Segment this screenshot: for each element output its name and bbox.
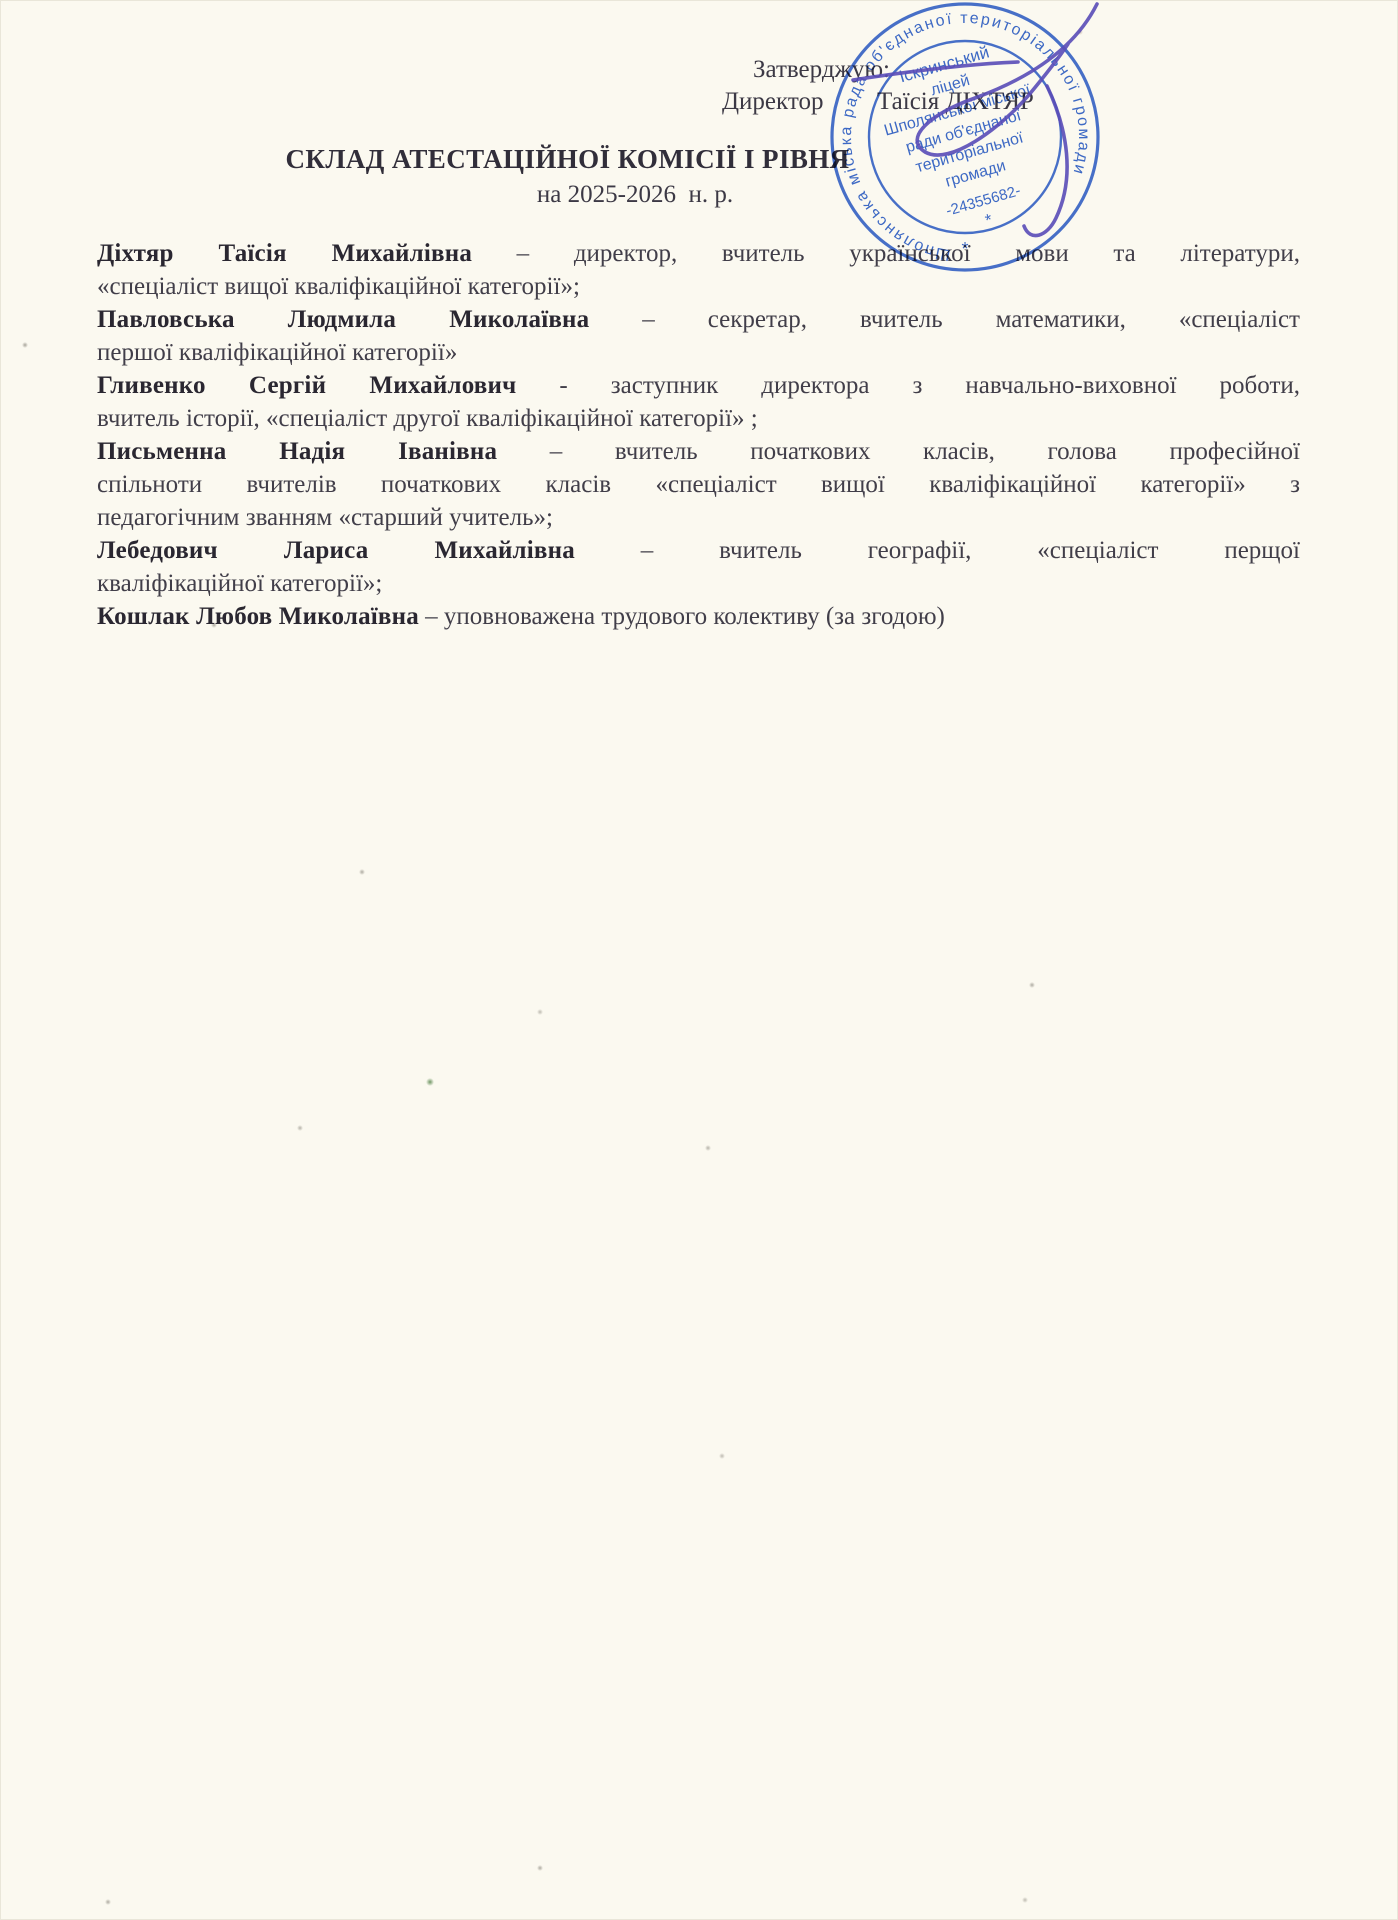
scanned-document-page: Затверджую: Директор Таїсія ДІХТЯР СКЛАД… xyxy=(0,0,1398,1920)
member-description: першої кваліфікаційної категорії» xyxy=(97,336,1300,369)
member-paragraph: Лебедович Лариса Михайлівна – вчитель ге… xyxy=(97,534,1300,600)
member-description: кваліфікаційної категорії»; xyxy=(97,567,1300,600)
member-description: спільноти вчителів початкових класів «сп… xyxy=(97,468,1300,501)
member-name: Кошлак Любов Миколаївна xyxy=(97,603,419,630)
member-description: - заступник директора з навчально-виховн… xyxy=(516,372,1300,399)
member-paragraph: Кошлак Любов Миколаївна – уповноважена т… xyxy=(97,600,1300,633)
member-description: – уповноважена трудового колективу (за з… xyxy=(419,603,945,630)
stamp-ring-star: * xyxy=(961,239,968,259)
member-description: – вчитель початкових класів, голова проф… xyxy=(497,438,1300,465)
member-name: Павловська Людмила Миколаївна xyxy=(97,306,589,333)
member-description: педагогічним званням «старший учитель»; xyxy=(97,501,1300,534)
member-name: Діхтяр Таїсія Михайлівна xyxy=(97,240,472,267)
member-description: «спеціаліст вищої кваліфікаційної катего… xyxy=(97,270,1300,303)
member-description: вчитель історії, «спеціаліст другої квал… xyxy=(97,402,1300,435)
member-name: Письменна Надія Іванівна xyxy=(97,438,497,465)
member-paragraph: Діхтяр Таїсія Михайлівна – директор, вчи… xyxy=(97,237,1300,303)
approver-role: Директор xyxy=(722,88,823,116)
member-name: Лебедович Лариса Михайлівна xyxy=(97,537,575,564)
member-description: – секретар, вчитель математики, «спеціал… xyxy=(589,306,1300,333)
official-round-stamp-icon: Шполянська міська рада об'єднаної терито… xyxy=(825,0,1105,277)
member-paragraph: Письменна Надія Іванівна – вчитель почат… xyxy=(97,435,1300,534)
member-name: Гливенко Сергій Михайлович xyxy=(97,372,516,399)
member-description: – вчитель географії, «спеціаліст перщої xyxy=(575,537,1300,564)
member-paragraph: Павловська Людмила Миколаївна – секретар… xyxy=(97,303,1300,369)
members-list: Діхтяр Таїсія Михайлівна – директор, вчи… xyxy=(97,237,1300,633)
member-paragraph: Гливенко Сергій Михайлович - заступник д… xyxy=(97,369,1300,435)
stamp-center-star: * xyxy=(983,210,995,230)
